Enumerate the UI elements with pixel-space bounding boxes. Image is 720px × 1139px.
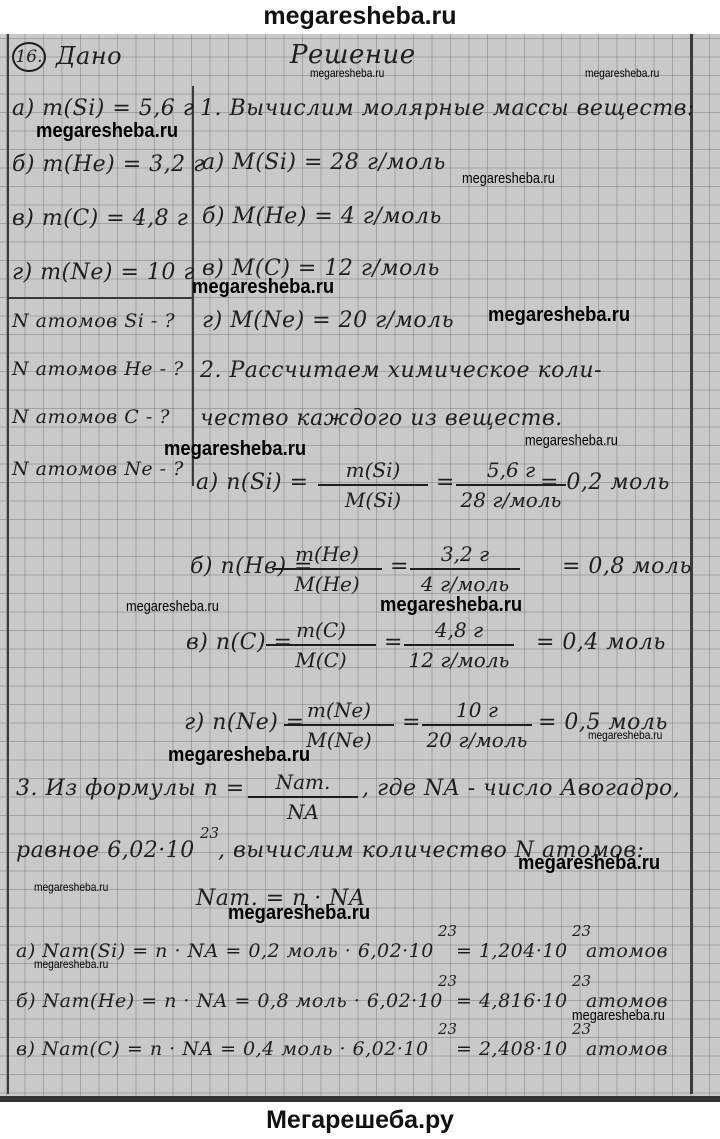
amount-result: = 0,2 моль: [540, 470, 670, 495]
watermark: megaresheba.ru: [310, 66, 384, 80]
site-header: megaresheba.ru: [0, 0, 720, 34]
watermark: megaresheba.ru: [34, 880, 108, 894]
mass-over-molar-mass: m(He) M(He): [272, 542, 382, 596]
atom-count-result: = 1,204·10: [456, 940, 568, 962]
atom-count-expression: б) Nат(He) = n · NA = 0,8 моль · 6,02·10: [16, 990, 443, 1012]
notebook-page: 16. Дано Решение а) m(Si) = 5,6 г б) m(H…: [0, 34, 720, 1102]
mass-over-molar-mass: m(C) M(C): [266, 618, 376, 672]
watermark: megaresheba.ru: [168, 744, 310, 767]
exponent: 23: [572, 972, 591, 990]
fraction-numerator: m(He): [272, 542, 382, 570]
watermark: megaresheba.ru: [126, 598, 219, 615]
equals-sign: =: [402, 710, 421, 735]
value-fraction: 10 г 20 г/моль: [422, 698, 532, 752]
avogadro-constant: равное 6,02·10: [16, 838, 195, 863]
find-item: N атомов Si - ?: [12, 310, 175, 332]
fraction-numerator: m(C): [266, 618, 376, 646]
watermark: megaresheba.ru: [228, 902, 370, 925]
atom-count-result: = 2,408·10: [456, 1038, 568, 1060]
fraction-denominator: 4 г/моль: [410, 570, 520, 596]
equals-sign: =: [384, 630, 403, 655]
left-margin-line: [7, 34, 9, 1094]
watermark: megaresheba.ru: [572, 1007, 665, 1024]
amount-label: а) n(Si) =: [196, 470, 309, 495]
avogadro-formula-fraction: Nат. NA: [248, 770, 358, 824]
molar-mass-item: б) M(He) = 4 г/моль: [202, 204, 442, 229]
atom-count-result: = 4,816·10: [456, 990, 568, 1012]
step3-intro: 3. Из формулы n =: [16, 776, 245, 801]
amount-result: = 0,8 моль: [562, 554, 692, 579]
problem-number: 16.: [12, 42, 46, 72]
step2-title-continued: чество каждого из веществ.: [200, 406, 563, 431]
find-item: N атомов Ne - ?: [12, 458, 184, 480]
exponent: 23: [438, 1020, 457, 1038]
equals-sign: =: [390, 554, 409, 579]
fraction-numerator: m(Si): [318, 458, 428, 486]
find-item: N атомов He - ?: [12, 358, 184, 380]
fraction-denominator: M(Si): [318, 486, 428, 512]
fraction-denominator: M(He): [272, 570, 382, 596]
fraction-denominator: 20 г/моль: [422, 726, 532, 752]
exponent: 23: [438, 922, 457, 940]
given-item: а) m(Si) = 5,6 г: [12, 96, 194, 121]
fraction-numerator: m(Ne): [284, 698, 394, 726]
value-fraction: 3,2 г 4 г/моль: [410, 542, 520, 596]
step2-title: 2. Рассчитаем химическое коли-: [200, 358, 602, 383]
exponent: 23: [438, 972, 457, 990]
watermark: megaresheba.ru: [164, 438, 306, 461]
mass-over-molar-mass: m(Si) M(Si): [318, 458, 428, 512]
fraction-numerator: 10 г: [422, 698, 532, 726]
fraction-numerator: Nат.: [248, 770, 358, 798]
atom-count-unit: атомов: [586, 1038, 668, 1060]
given-item: г) m(Ne) = 10 г: [12, 260, 195, 285]
exponent: 23: [200, 824, 219, 842]
given-item: в) m(C) = 4,8 г: [12, 206, 188, 231]
watermark: megaresheba.ru: [518, 852, 660, 875]
watermark: megaresheba.ru: [192, 276, 334, 299]
molar-mass-item: г) M(Ne) = 20 г/моль: [202, 308, 454, 333]
value-fraction: 4,8 г 12 г/моль: [404, 618, 514, 672]
watermark: megaresheba.ru: [34, 957, 108, 971]
fraction-numerator: 3,2 г: [410, 542, 520, 570]
watermark: megaresheba.ru: [36, 120, 178, 143]
site-footer: Мегарешеба.ру: [0, 1102, 720, 1139]
fraction-denominator: NA: [248, 798, 358, 824]
find-item: N атомов C - ?: [12, 406, 170, 428]
molar-mass-item: а) M(Si) = 28 г/моль: [202, 150, 446, 175]
atom-count-expression: в) Nат(C) = n · NA = 0,4 моль · 6,02·10: [16, 1038, 429, 1060]
watermark: megaresheba.ru: [588, 728, 662, 742]
step1-title: 1. Вычислим молярные массы веществ:: [200, 96, 695, 121]
given-heading: Дано: [56, 42, 122, 70]
equals-sign: =: [436, 470, 455, 495]
given-separator: [8, 297, 193, 299]
fraction-denominator: M(C): [266, 646, 376, 672]
fraction-numerator: 4,8 г: [404, 618, 514, 646]
exponent: 23: [572, 922, 591, 940]
watermark: megaresheba.ru: [380, 594, 522, 617]
atom-count-unit: атомов: [586, 940, 668, 962]
watermark: megaresheba.ru: [525, 432, 618, 449]
watermark: megaresheba.ru: [585, 66, 659, 80]
watermark: megaresheba.ru: [488, 304, 630, 327]
fraction-denominator: 12 г/моль: [404, 646, 514, 672]
watermark: megaresheba.ru: [462, 170, 555, 187]
step3-intro-suffix: , где NA - число Авогадро,: [362, 776, 680, 801]
amount-result: = 0,4 моль: [536, 630, 666, 655]
given-item: б) m(He) = 3,2 г: [12, 152, 205, 177]
